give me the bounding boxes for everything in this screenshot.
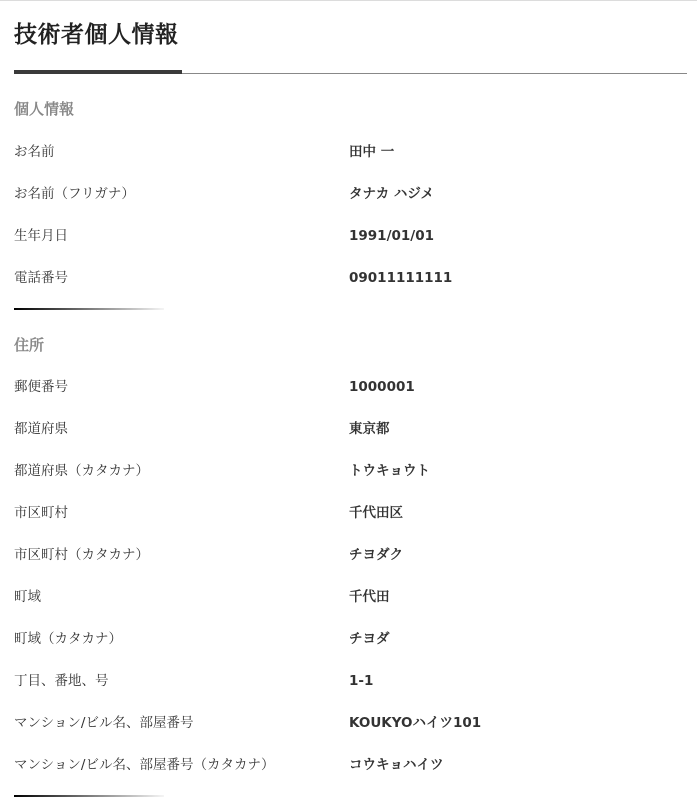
field-label: 丁目、番地、号 (14, 671, 109, 691)
field-value: 千代田 (349, 587, 390, 607)
field-row-prefecture-kana: 都道府県（カタカナ） トウキョウト (14, 461, 687, 481)
field-value: 千代田区 (349, 503, 403, 523)
field-row-city-kana: 市区町村（カタカナ） チヨダク (14, 545, 687, 565)
field-value: タナカ ハジメ (349, 184, 434, 204)
field-value: コウキョハイツ (349, 755, 444, 775)
field-row-city: 市区町村 千代田区 (14, 503, 687, 523)
field-row-building: マンション/ビル名、部屋番号 KOUKYOハイツ101 (14, 713, 687, 733)
field-row-name: お名前 田中 一 (14, 142, 687, 162)
field-value: チヨダク (349, 545, 403, 565)
field-row-phone: 電話番号 09011111111 (14, 268, 687, 288)
field-value: 東京都 (349, 419, 390, 439)
field-value: 09011111111 (349, 268, 452, 288)
field-row-building-kana: マンション/ビル名、部屋番号（カタカナ） コウキョハイツ (14, 755, 687, 775)
field-row-town: 町域 千代田 (14, 587, 687, 607)
field-value: 1991/01/01 (349, 226, 434, 246)
field-label: マンション/ビル名、部屋番号（カタカナ） (14, 755, 274, 775)
field-label: お名前 (14, 142, 55, 162)
field-value: 1-1 (349, 671, 373, 691)
section-divider (14, 795, 164, 797)
title-underline-accent (14, 70, 182, 74)
field-row-postal-code: 郵便番号 1000001 (14, 377, 687, 397)
field-label: 町域（カタカナ） (14, 629, 122, 649)
field-label: 電話番号 (14, 268, 68, 288)
field-row-birthdate: 生年月日 1991/01/01 (14, 226, 687, 246)
field-label: 郵便番号 (14, 377, 68, 397)
field-label: 町域 (14, 587, 41, 607)
field-label: 都道府県 (14, 419, 68, 439)
field-value: 1000001 (349, 377, 415, 397)
field-value: チヨダ (349, 629, 390, 649)
section-title-address: 住所 (14, 334, 44, 355)
field-value: 田中 一 (349, 142, 394, 162)
section-title-personal: 個人情報 (14, 98, 74, 119)
field-row-block-number: 丁目、番地、号 1-1 (14, 671, 687, 691)
field-label: お名前（フリガナ） (14, 184, 135, 204)
section-divider (14, 308, 164, 310)
field-label: 市区町村（カタカナ） (14, 545, 149, 565)
page-title: 技術者個人情報 (14, 16, 179, 49)
field-label: 都道府県（カタカナ） (14, 461, 149, 481)
field-row-name-furigana: お名前（フリガナ） タナカ ハジメ (14, 184, 687, 204)
field-label: マンション/ビル名、部屋番号 (14, 713, 193, 733)
field-row-town-kana: 町域（カタカナ） チヨダ (14, 629, 687, 649)
field-label: 生年月日 (14, 226, 68, 246)
field-row-prefecture: 都道府県 東京都 (14, 419, 687, 439)
field-value: KOUKYOハイツ101 (349, 713, 481, 733)
field-label: 市区町村 (14, 503, 68, 523)
field-value: トウキョウト (349, 461, 430, 481)
